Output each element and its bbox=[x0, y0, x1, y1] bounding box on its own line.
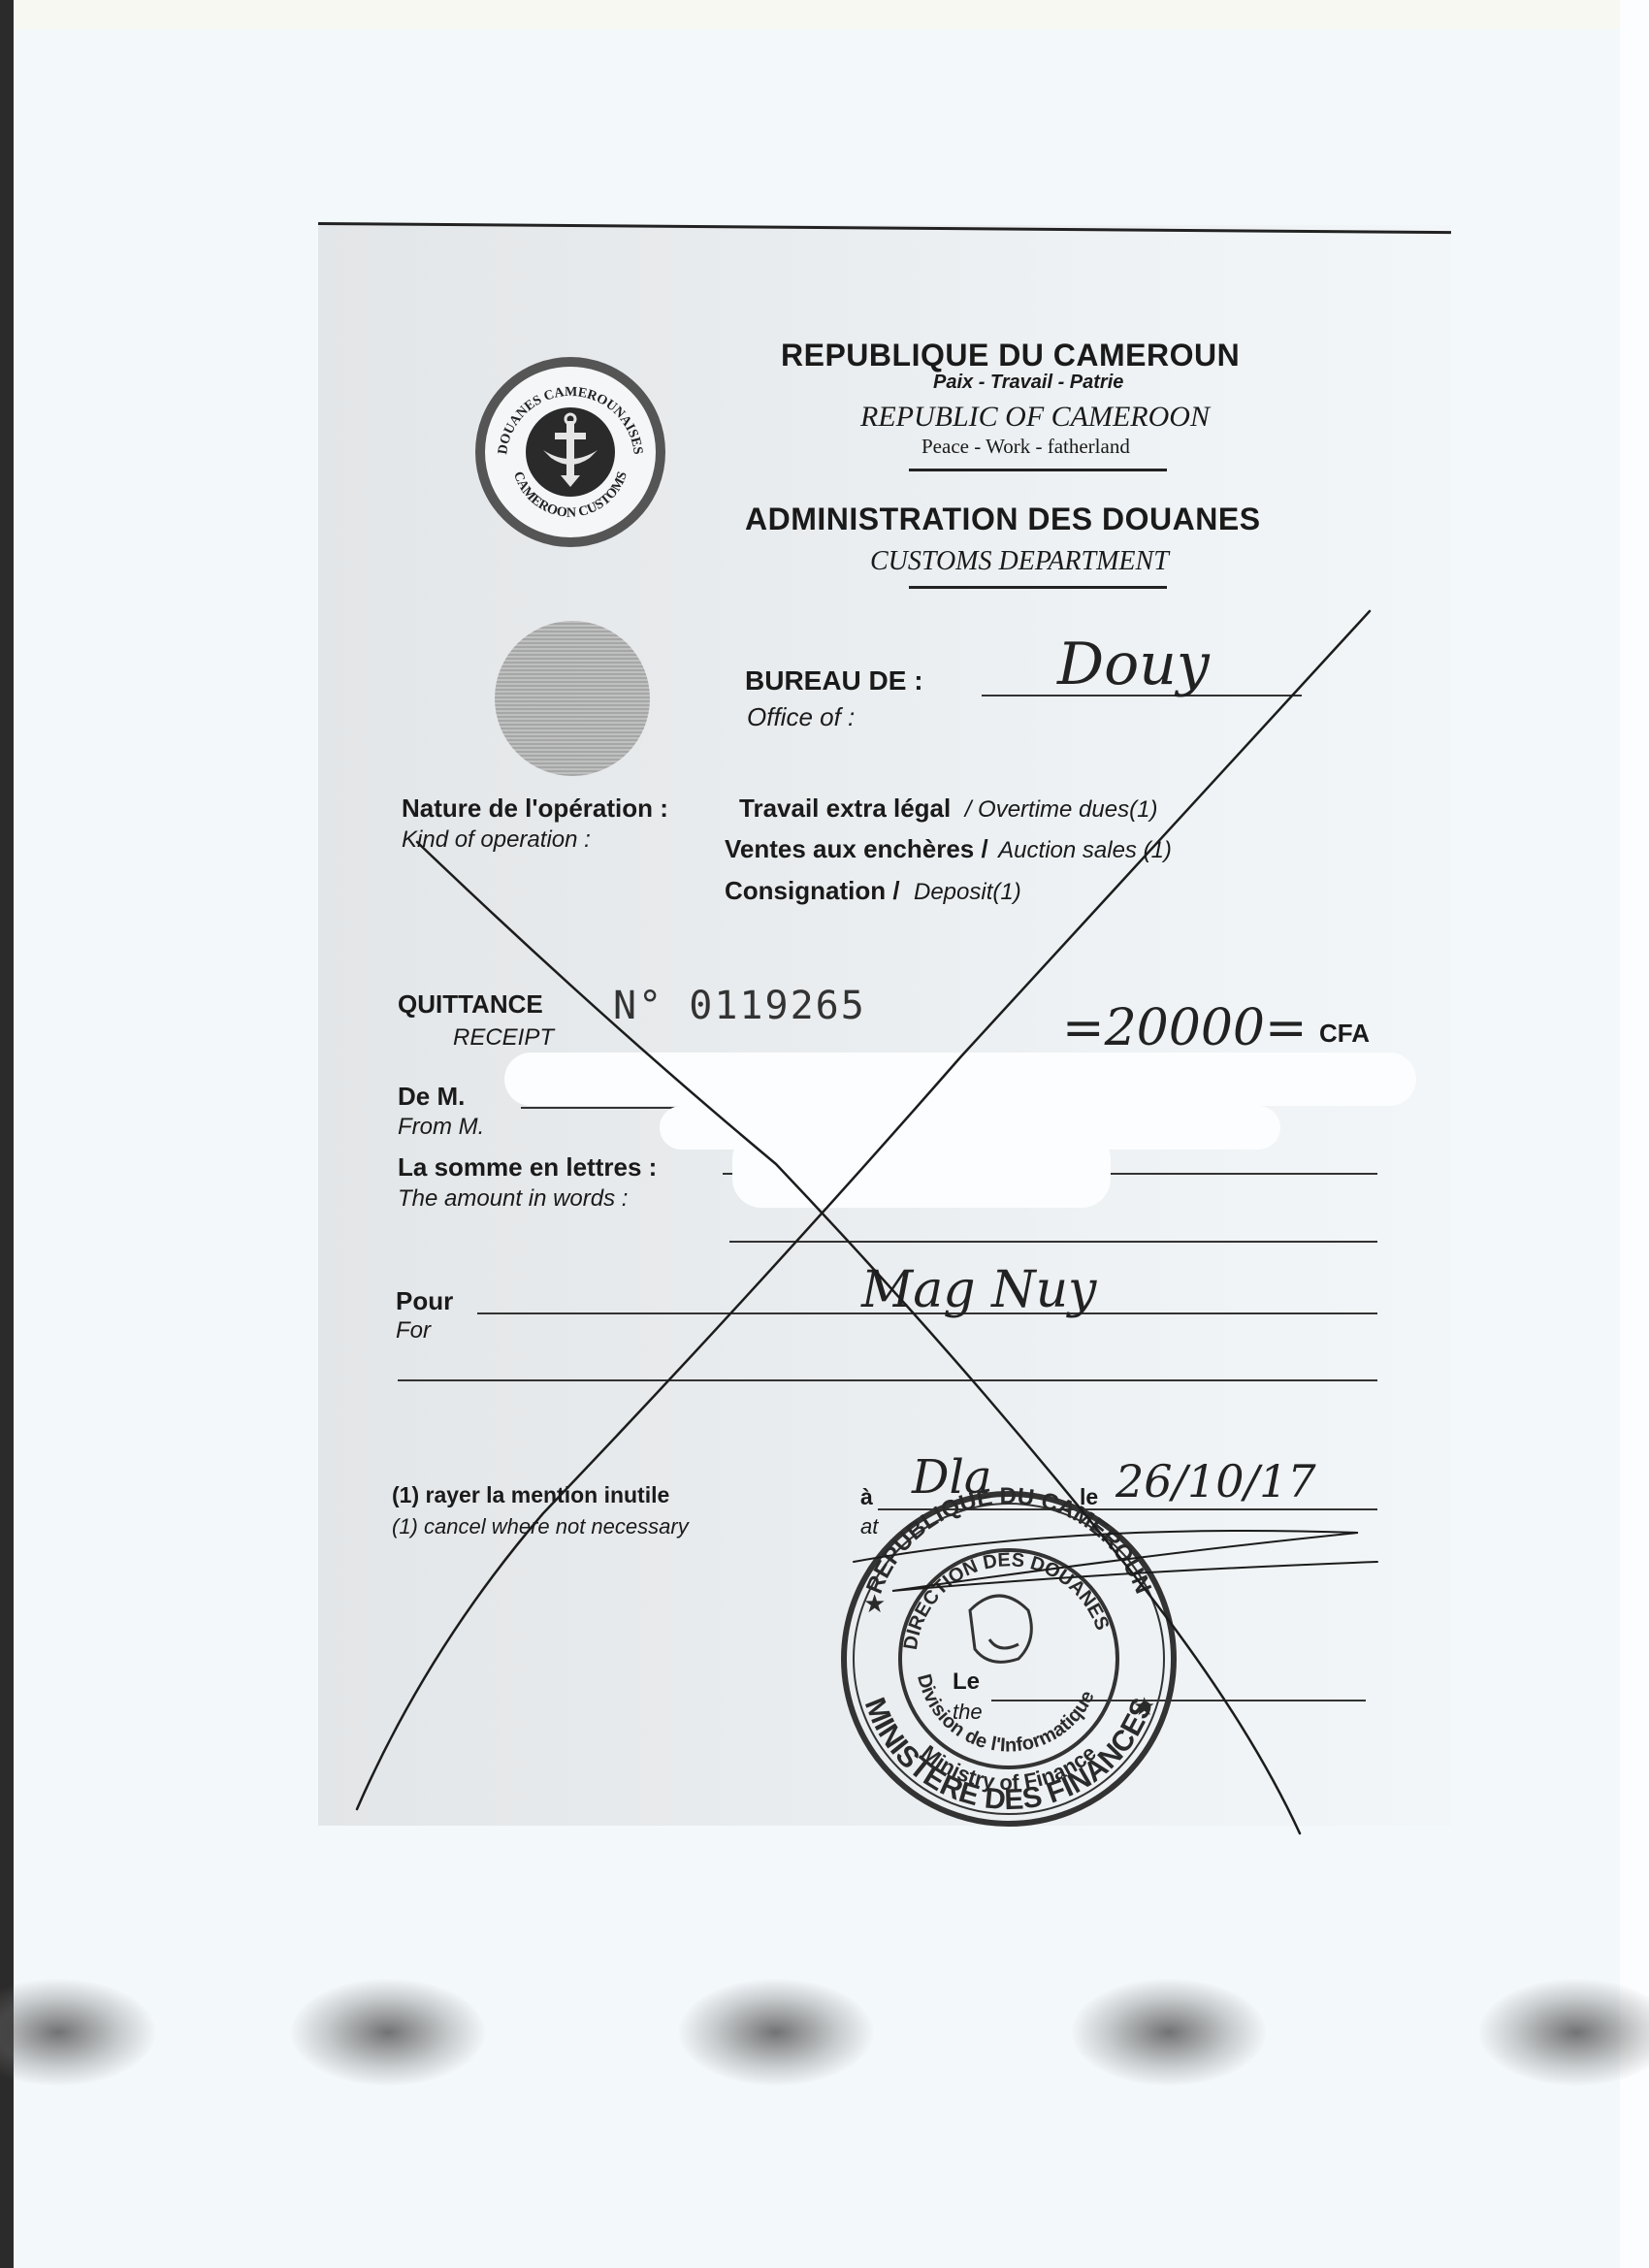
scan-smudge bbox=[291, 1979, 485, 2086]
scan-smudge bbox=[679, 1979, 873, 2086]
cancellation-x-mark bbox=[0, 0, 1649, 2268]
scan-smudge bbox=[1072, 1979, 1266, 2086]
